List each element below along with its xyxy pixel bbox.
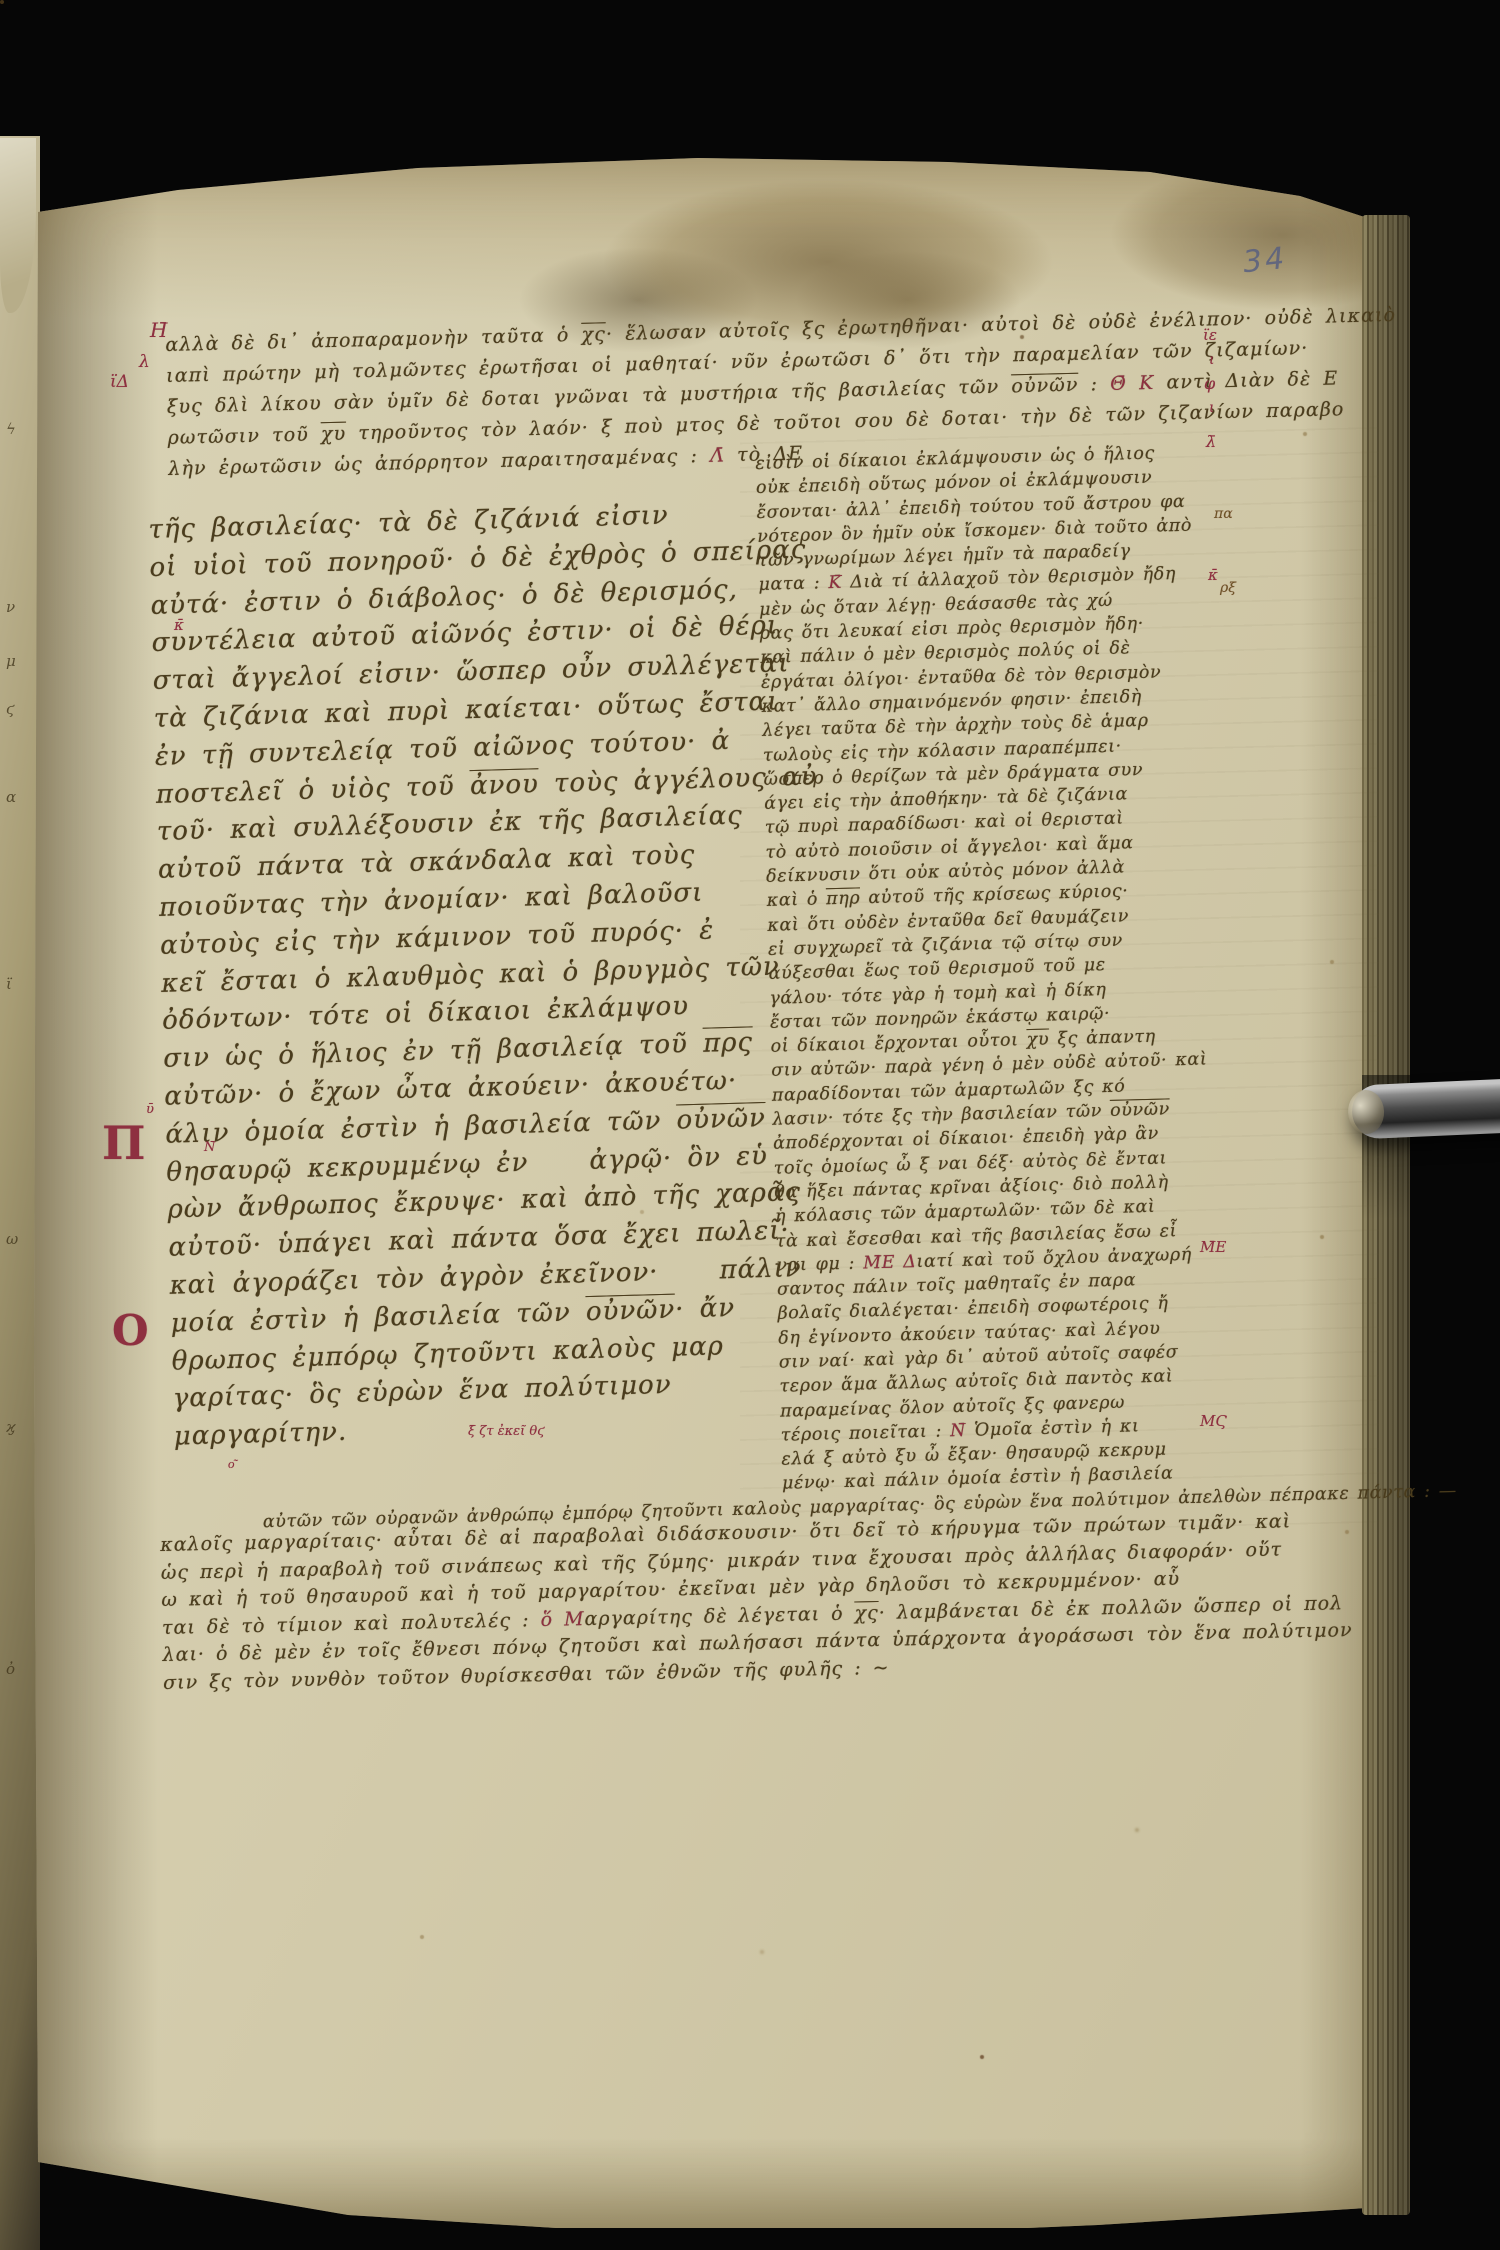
marginal-rubric: ῡ	[146, 1102, 154, 1117]
rubric: Θ̄ Κ	[1110, 372, 1155, 395]
gutter-showthrough-mark: ϊ	[6, 975, 12, 993]
ink-text: ματα :	[758, 574, 828, 596]
marginal-rubric: ϊΔ	[110, 372, 129, 392]
ink-text: ναι φμ :	[776, 1253, 863, 1275]
nomen-sacrum: οὐνῶν	[585, 1294, 675, 1326]
gutter-showthrough-mark: ϟ	[6, 420, 16, 438]
nomen-sacrum: οὐνῶν	[1011, 374, 1079, 398]
rubric: Μ̄Ε Δ	[863, 1252, 917, 1273]
marginal-rubric: κ̄	[1208, 566, 1218, 584]
marginal-rubric: Π	[102, 1116, 145, 1170]
marginal-rubric: λ̄	[1206, 432, 1216, 451]
ink-text: αλλὰ δὲ δι᾽ ἀποπαραμονὴν ταῦτα ὁ	[165, 324, 582, 356]
nomen-sacrum: χυ	[1027, 1030, 1050, 1051]
marginal-rubric: λ	[139, 352, 150, 372]
gutter-showthrough-mark: ϗ	[6, 1418, 15, 1436]
nomen-sacrum: χυ	[321, 423, 347, 446]
gospel-text-column: τῆς βασιλείας· τὰ δὲ ζιζάνιά εἰσινοἱ υἱο…	[148, 494, 836, 1457]
ink-text: αργαρίτης δὲ λέγεται ὁ	[584, 1602, 855, 1630]
bottom-commentary-block: καλοῖς μαργαρίταις· αὗται δὲ αἱ παραβολα…	[160, 1507, 1353, 1697]
marginal-rubric: κ̄	[174, 616, 184, 634]
marginal-rubric: ΜϚ	[1200, 1412, 1227, 1430]
marginal-rubric: Μ̄Ε	[1200, 1238, 1226, 1256]
gutter-showthrough-mark: ν	[6, 598, 15, 616]
foxing-spots	[0, 0, 4, 4]
nomen-sacrum: οὐνῶν	[676, 1103, 766, 1135]
nomen-sacrum: οὐνῶν	[1110, 1099, 1170, 1121]
folio-number: 34	[1241, 241, 1289, 280]
nomen-sacrum: πηρ	[826, 889, 861, 910]
book-gutter-page-edges	[0, 136, 40, 2250]
gutter-showthrough-mark: μ	[6, 652, 16, 670]
ink-text: :	[1078, 373, 1110, 396]
nomen-sacrum: πρς	[703, 1027, 754, 1058]
rubric: Ν̄	[950, 1421, 966, 1441]
marginal-rubric: ι	[1209, 400, 1215, 416]
marginal-rubric: ϊε	[1203, 326, 1217, 344]
marginal-rubric: φ	[1204, 374, 1215, 393]
marginal-rubric: ξ̄ ζτ ἐκεῖ θϛ	[468, 1424, 544, 1439]
gutter-showthrough-mark: α	[6, 788, 16, 806]
marginal-rubric: πα	[1214, 506, 1233, 522]
ink-text: ξς ἀπαντη	[1049, 1027, 1156, 1050]
page-holder-rod	[1351, 1078, 1500, 1139]
nomen-sacrum: ἀνου	[470, 769, 540, 801]
marginal-rubric: Ο	[112, 1306, 149, 1355]
manuscript-photo: { "folio": { "number": "34" }, "colors":…	[0, 0, 1500, 2250]
ink-text: ιατί καὶ τοῦ ὄχλου ἀναχωρή	[916, 1245, 1192, 1272]
commentary-column: εἰσὶν οἱ δίκαιοι ἐκλάμψουσιν ὡς ὁ ἥλιοςο…	[755, 434, 1457, 1520]
rubric: ὅ	[540, 1608, 564, 1630]
gutter-showthrough-mark: ὀ	[6, 1660, 15, 1678]
ink-text: · ἄν	[675, 1293, 736, 1325]
ink-text: μαργαρίτην.	[173, 1417, 347, 1452]
ink-text: ται δὲ τὸ τίμιον καὶ πολυτελές :	[162, 1609, 541, 1639]
marginal-rubric: ρξ	[1220, 580, 1236, 596]
rubric: Μ	[564, 1608, 585, 1630]
ink-text: τέροις ποιεῖται :	[780, 1421, 950, 1445]
ink-text: ποστελεῖ ὁ υἱὸς τοῦ	[155, 771, 470, 810]
ink-text: αντὶ Διὰν δὲ Ε	[1154, 367, 1339, 393]
marginal-rubric: Η̄	[150, 318, 167, 342]
ink-text: μοία ἐστὶν ἡ βασιλεία τῶν	[170, 1297, 586, 1339]
ink-text: ρωτῶσιν τοῦ	[167, 423, 321, 449]
gutter-showthrough-mark: ϛ	[6, 700, 14, 718]
nomen-sacrum: χς	[581, 323, 606, 346]
rubric: Κ̄	[828, 573, 842, 593]
marginal-rubric: ο͂	[228, 1456, 235, 1472]
marginal-rubric: ι	[1209, 352, 1215, 368]
rubric: Λ̄	[710, 444, 725, 466]
nomen-sacrum: χς	[854, 1601, 879, 1624]
marginal-rubric: Ν̄	[204, 1140, 215, 1155]
ink-text: Ὁμοῖα ἐστὶν ἡ κι	[966, 1416, 1140, 1441]
gutter-showthrough-mark: ω	[6, 1230, 18, 1248]
ink-text: καὶ ὁ	[767, 890, 827, 912]
